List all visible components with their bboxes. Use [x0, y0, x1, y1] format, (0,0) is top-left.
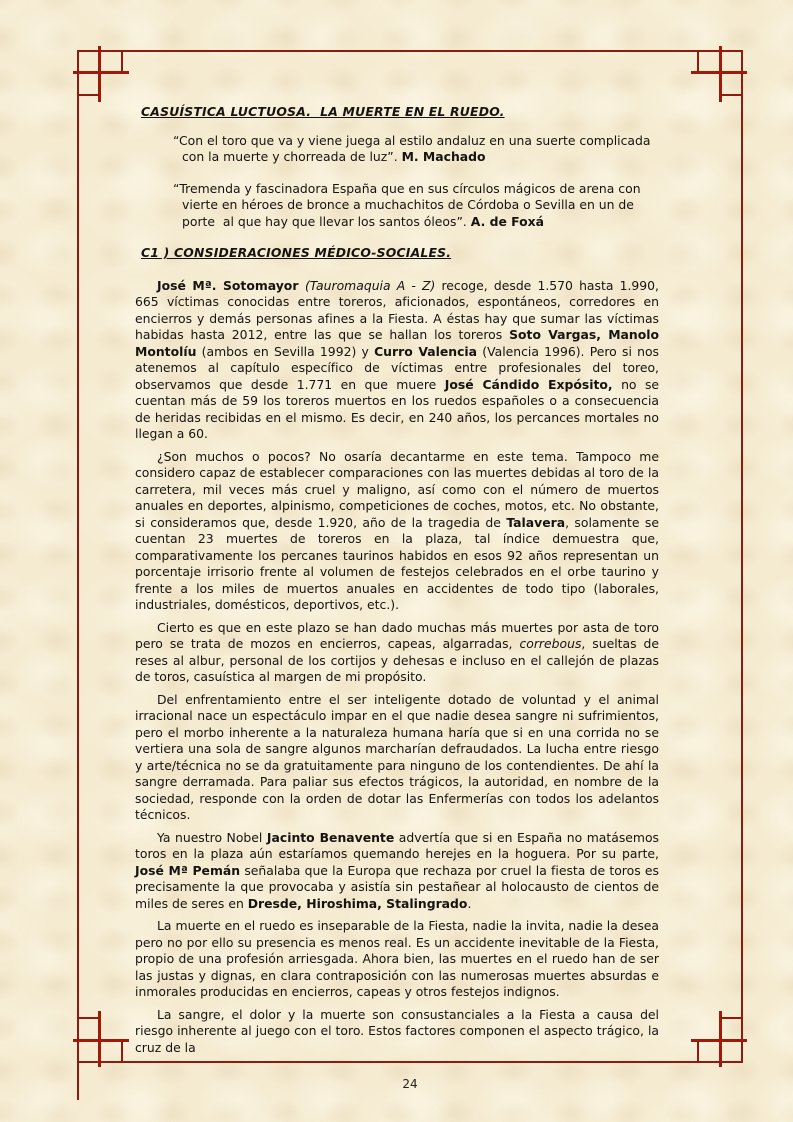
corner-thick-line	[719, 46, 722, 102]
corner-square	[720, 1017, 743, 1041]
corner-ornament-bottom-left	[77, 1017, 123, 1063]
body-paragraph-7: La sangre, el dolor y la muerte son cons…	[135, 1007, 659, 1057]
text-run: .	[467, 896, 471, 911]
corner-ornament-top-left	[77, 50, 123, 96]
body-paragraph-2: ¿Son muchos o pocos? No osaría decantarm…	[135, 449, 659, 614]
text-run: José Mª Pemán	[135, 863, 240, 878]
corner-square	[77, 72, 100, 96]
corner-thick-line	[691, 71, 747, 74]
text-run: La sangre, el dolor y la muerte son cons…	[135, 1007, 659, 1055]
text-run: Dresde, Hiroshima, Stalingrado	[248, 896, 468, 911]
quote-text: porte al que hay que llevar los santos ó…	[182, 214, 471, 229]
text-run: Jacinto Benavente	[267, 830, 394, 845]
corner-square	[99, 1040, 123, 1063]
quote-line: “Tremenda y fascinadora España que en su…	[135, 181, 659, 198]
text-run: José Mª. Sotomayor	[157, 278, 305, 293]
corner-square	[697, 1040, 721, 1063]
corner-square	[77, 1040, 100, 1063]
corner-square	[720, 72, 743, 96]
epigraph-quote-machado: “Con el toro que va y viene juega al est…	[135, 133, 659, 166]
corner-thick-line	[691, 1039, 747, 1042]
corner-square	[697, 50, 721, 73]
document-title: CASUÍSTICA LUCTUOSA. LA MUERTE EN EL RUE…	[141, 104, 659, 121]
text-run: (ambos en Sevilla 1992) y	[196, 344, 374, 359]
corner-square	[99, 50, 123, 73]
body-paragraph-4: Del enfrentamiento entre el ser intelige…	[135, 692, 659, 824]
quote-line: porte al que hay que llevar los santos ó…	[135, 214, 659, 231]
text-run: José Cándido Expósito,	[445, 377, 613, 392]
epigraph-quote-foxa: “Tremenda y fascinadora España que en su…	[135, 181, 659, 231]
corner-square	[77, 1017, 100, 1041]
text-column: CASUÍSTICA LUCTUOSA. LA MUERTE EN EL RUE…	[135, 104, 659, 1062]
corner-ornament-bottom-right	[697, 1017, 743, 1063]
corner-ornament-top-right	[697, 50, 743, 96]
corner-thick-line	[73, 71, 129, 74]
body-paragraph-5: Ya nuestro Nobel Jacinto Benavente adver…	[135, 830, 659, 913]
corner-square	[720, 50, 743, 73]
corner-square	[77, 50, 100, 73]
document-page: { "page": { "number": "24", "colors": { …	[0, 0, 793, 1122]
corner-square	[720, 1040, 743, 1063]
text-run: Ya nuestro Nobel	[157, 830, 267, 845]
body-paragraph-3: Cierto es que en este plazo se han dado …	[135, 620, 659, 686]
corner-thick-line	[98, 46, 101, 102]
text-run: Curro Valencia	[374, 344, 477, 359]
text-run: La muerte en el ruedo es inseparable de …	[135, 918, 659, 999]
quote-attribution: M. Machado	[402, 149, 486, 164]
corner-thick-line	[73, 1039, 129, 1042]
quote-line: con la muerte y chorreada de luz”. M. Ma…	[135, 149, 659, 166]
section-heading: C1 ) CONSIDERACIONES MÉDICO-SOCIALES.	[141, 245, 659, 262]
page-number: 24	[77, 1077, 743, 1091]
text-run: (Tauromaquia A - Z)	[305, 278, 435, 293]
quote-attribution: A. de Foxá	[471, 214, 544, 229]
text-run: Talavera	[506, 515, 565, 530]
quote-text: con la muerte y chorreada de luz”.	[182, 149, 402, 164]
body-paragraph-6: La muerte en el ruedo es inseparable de …	[135, 918, 659, 1001]
text-run: correbous	[519, 636, 581, 651]
body-paragraph-1: José Mª. Sotomayor (Tauromaquia A - Z) r…	[135, 278, 659, 443]
quote-line: vierte en héroes de bronce a muchachitos…	[135, 197, 659, 214]
quote-line: “Con el toro que va y viene juega al est…	[135, 133, 659, 150]
text-run: Del enfrentamiento entre el ser intelige…	[135, 692, 659, 823]
